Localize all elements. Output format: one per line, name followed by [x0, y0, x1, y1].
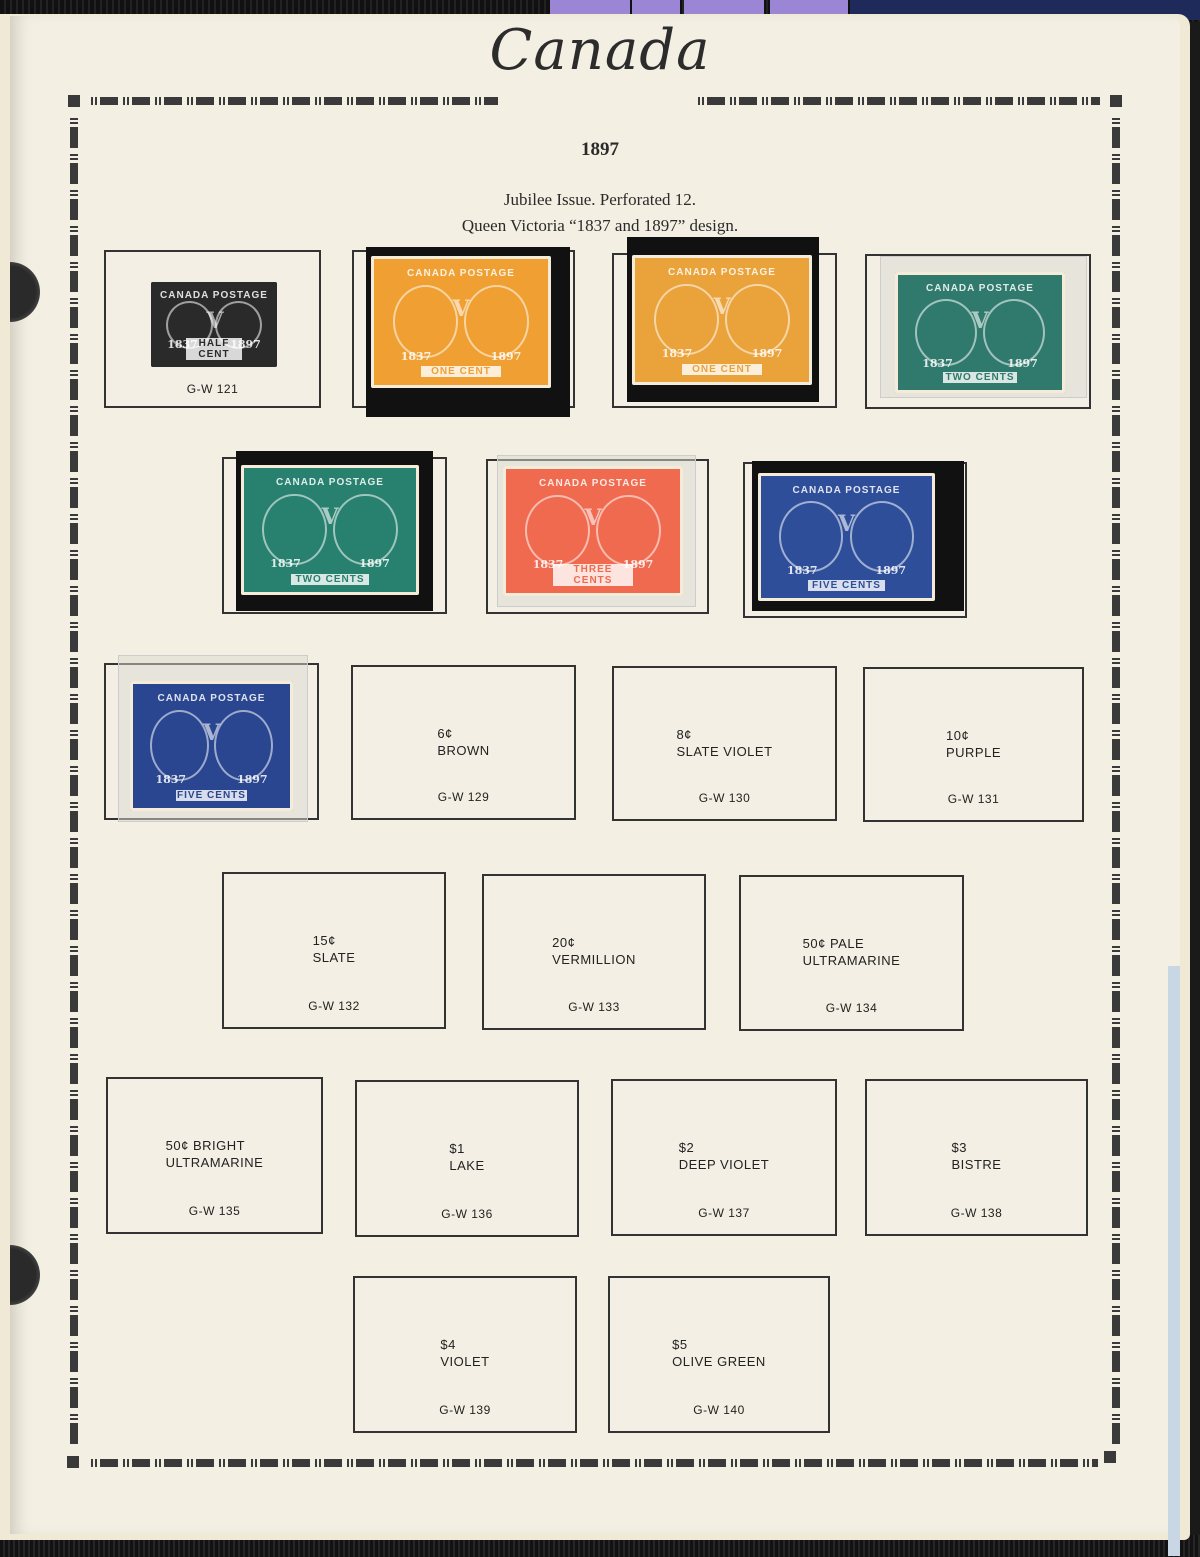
denomination: $1 [449, 1140, 484, 1157]
stamp-denomination: ONE CENT [682, 364, 761, 375]
stamp-illustration: CANADA POSTAGEV18371897HALF CENT [151, 282, 277, 367]
stamp-description: $2DEEP VIOLET [613, 1139, 835, 1173]
year-right: 1897 [752, 347, 783, 360]
color-name: LAKE [449, 1157, 484, 1174]
issue-year: 1897 [0, 139, 1200, 161]
border-bottom [88, 1459, 1098, 1467]
crown-vr-icon: V [450, 296, 472, 322]
denomination: 50¢ PALE [803, 935, 901, 952]
denomination: $2 [679, 1139, 770, 1156]
portrait-old-icon [596, 495, 661, 567]
empty-stamp-space[interactable]: 50¢ PALEULTRAMARINEG-W 134 [739, 875, 964, 1031]
denomination: 8¢ [676, 726, 772, 743]
crown-vr-icon: V [970, 308, 990, 334]
stamp-inscription: CANADA POSTAGE [895, 283, 1065, 294]
stamp[interactable]: CANADA POSTAGEV18371897ONE CENT [371, 256, 551, 388]
portrait-old-icon [333, 494, 398, 566]
stamp-inscription: CANADA POSTAGE [130, 693, 293, 704]
color-name: VERMILLION [552, 951, 636, 968]
portrait-young-icon [525, 495, 590, 567]
catalog-number: G-W 136 [357, 1207, 577, 1221]
year-right: 1897 [1007, 357, 1038, 370]
color-name: PURPLE [946, 744, 1001, 761]
stamp-years: 18371897 [632, 347, 812, 360]
catalog-number: G-W 135 [108, 1204, 321, 1218]
stamp[interactable]: CANADA POSTAGEV18371897TWO CENTS [241, 465, 419, 595]
year-left: 1837 [270, 557, 301, 570]
design-description: Queen Victoria “1837 and 1897” design. [0, 216, 1200, 236]
color-name: SLATE VIOLET [676, 743, 772, 760]
crown-vr-icon: V [202, 720, 222, 746]
year-right: 1897 [237, 773, 268, 786]
denomination: 15¢ [313, 932, 356, 949]
stamp[interactable]: CANADA POSTAGEV18371897FIVE CENTS [758, 473, 935, 601]
year-right: 1897 [359, 557, 390, 570]
catalog-number: G-W 129 [353, 790, 574, 804]
year-left: 1837 [401, 350, 432, 363]
empty-stamp-space[interactable]: 50¢ BRIGHTULTRAMARINEG-W 135 [106, 1077, 323, 1234]
denomination: 10¢ [946, 727, 1001, 744]
color-name: VIOLET [440, 1353, 489, 1370]
empty-stamp-space[interactable]: $3BISTREG-W 138 [865, 1079, 1088, 1236]
stamp-denomination: TWO CENTS [943, 372, 1018, 383]
catalog-number: G-W 137 [613, 1206, 835, 1220]
empty-stamp-space[interactable]: 10¢PURPLEG-W 131 [863, 667, 1084, 822]
stamp-description: $4VIOLET [355, 1336, 575, 1370]
stamp-denomination: THREE CENTS [553, 564, 632, 586]
crown-vr-icon: V [711, 294, 733, 320]
border-corner [1110, 95, 1122, 107]
catalog-number: G-W 139 [355, 1403, 575, 1417]
issue-description: Jubilee Issue. Perforated 12. [0, 190, 1200, 210]
stamp-description: 6¢BROWN [353, 725, 574, 759]
page-title: Canada [0, 18, 1200, 83]
color-name: BROWN [437, 742, 489, 759]
catalog-number: G-W 130 [614, 791, 835, 805]
color-name: ULTRAMARINE [803, 952, 901, 969]
year-left: 1837 [787, 564, 818, 577]
stamp-years: 18371897 [241, 557, 419, 570]
empty-stamp-space[interactable]: $4VIOLETG-W 139 [353, 1276, 577, 1433]
portrait-young-icon [262, 494, 327, 566]
stamp-denomination: TWO CENTS [291, 574, 369, 585]
year-left: 1837 [922, 357, 953, 370]
stamp-description: 8¢SLATE VIOLET [614, 726, 835, 760]
denomination: $5 [672, 1336, 766, 1353]
catalog-number: G-W 121 [106, 382, 319, 396]
border-corner [1104, 1451, 1116, 1463]
denomination: $4 [440, 1336, 489, 1353]
stamp-denomination: ONE CENT [421, 366, 500, 377]
empty-stamp-space[interactable]: 6¢BROWNG-W 129 [351, 665, 576, 820]
portrait-young-icon [779, 501, 843, 572]
crown-vr-icon: V [582, 505, 604, 531]
stamp-description: 10¢PURPLE [865, 727, 1082, 761]
color-name: SLATE [313, 949, 356, 966]
portrait-old-icon [850, 501, 914, 572]
stamp-denomination: FIVE CENTS [808, 580, 886, 591]
empty-stamp-space[interactable]: $2DEEP VIOLETG-W 137 [611, 1079, 837, 1236]
portrait-old-icon [464, 285, 529, 358]
empty-stamp-space[interactable]: $5OLIVE GREENG-W 140 [608, 1276, 830, 1433]
catalog-number: G-W 134 [741, 1001, 962, 1015]
stamp-inscription: CANADA POSTAGE [503, 478, 683, 489]
year-right: 1897 [491, 350, 522, 363]
stamp-inscription: CANADA POSTAGE [151, 290, 277, 301]
catalog-number: G-W 140 [610, 1403, 828, 1417]
catalog-number: G-W 138 [867, 1206, 1086, 1220]
empty-stamp-space[interactable]: 15¢SLATEG-W 132 [222, 872, 446, 1029]
crown-vr-icon: V [319, 504, 340, 530]
stamp-denomination: HALF CENT [186, 338, 241, 360]
stamp-description: 15¢SLATE [224, 932, 444, 966]
stamp-description: 50¢ PALEULTRAMARINE [741, 935, 962, 969]
stamp[interactable]: CANADA POSTAGEV18371897ONE CENT [632, 255, 812, 385]
year-left: 1837 [662, 347, 693, 360]
year-right: 1897 [875, 564, 906, 577]
stamp-description: $5OLIVE GREEN [610, 1336, 828, 1370]
stamp-denomination: FIVE CENTS [176, 790, 248, 801]
border-corner [68, 95, 80, 107]
stamp-inscription: CANADA POSTAGE [241, 477, 419, 488]
empty-stamp-space[interactable]: 20¢VERMILLIONG-W 133 [482, 874, 706, 1030]
stamp[interactable]: CANADA POSTAGEV18371897FIVE CENTS [130, 681, 293, 811]
page-edge-strip [1168, 966, 1180, 1556]
stamp-description: $3BISTRE [867, 1139, 1086, 1173]
border-corner [67, 1456, 79, 1468]
stamp-description: 50¢ BRIGHTULTRAMARINE [108, 1137, 321, 1171]
portrait-young-icon [393, 285, 458, 358]
stamp-space[interactable]: CANADA POSTAGEV18371897HALF CENT G-W 121 [104, 250, 321, 408]
denomination: 6¢ [437, 725, 489, 742]
stamp[interactable]: CANADA POSTAGEV18371897THREE CENTS [503, 466, 683, 596]
stamp-years: 18371897 [371, 350, 551, 363]
color-name: ULTRAMARINE [166, 1154, 264, 1171]
empty-stamp-space[interactable]: 8¢SLATE VIOLETG-W 130 [612, 666, 837, 821]
portrait-old-icon [214, 710, 273, 782]
catalog-number: G-W 131 [865, 792, 1082, 806]
stamp-years: 18371897 [758, 564, 935, 577]
crown-vr-icon: V [206, 308, 221, 334]
stamp-inscription: CANADA POSTAGE [758, 485, 935, 496]
stamp-description: 20¢VERMILLION [484, 934, 704, 968]
border-right [1112, 115, 1120, 1445]
portrait-young-icon [654, 284, 719, 356]
denomination: $3 [952, 1139, 1002, 1156]
portrait-young-icon [150, 710, 209, 782]
stamp-years: 18371897 [130, 773, 293, 786]
year-left: 1837 [155, 773, 186, 786]
stamp-years: 18371897 [895, 357, 1065, 370]
stamp[interactable]: CANADA POSTAGEV18371897TWO CENTS [895, 272, 1065, 393]
portrait-young-icon [915, 299, 977, 366]
denomination: 50¢ BRIGHT [166, 1137, 264, 1154]
border-left [70, 115, 78, 1445]
catalog-number: G-W 133 [484, 1000, 704, 1014]
stamp-description: $1LAKE [357, 1140, 577, 1174]
stamp-inscription: CANADA POSTAGE [632, 267, 812, 278]
portrait-old-icon [983, 299, 1045, 366]
denomination: 20¢ [552, 934, 636, 951]
empty-stamp-space[interactable]: $1LAKEG-W 136 [355, 1080, 579, 1237]
border-top-right [695, 97, 1100, 105]
crown-vr-icon: V [836, 511, 857, 537]
border-top-left [88, 97, 498, 105]
stamp-inscription: CANADA POSTAGE [371, 268, 551, 279]
color-name: BISTRE [952, 1156, 1002, 1173]
color-name: DEEP VIOLET [679, 1156, 770, 1173]
catalog-number: G-W 132 [224, 999, 444, 1013]
color-name: OLIVE GREEN [672, 1353, 766, 1370]
portrait-old-icon [725, 284, 790, 356]
